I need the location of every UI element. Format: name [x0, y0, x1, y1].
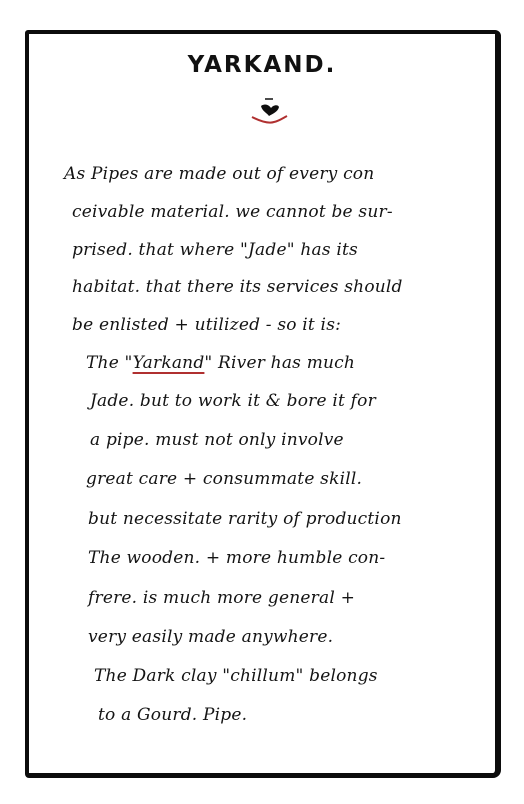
text-line: frere. is much more general +: [88, 588, 355, 608]
text-line: be enlisted + utilized - so it is:: [72, 315, 341, 335]
text-line: a pipe. must not only involve: [90, 430, 344, 450]
text-line: ceivable material. we cannot be sur-: [72, 202, 393, 222]
river-suffix: " River has much: [204, 353, 355, 373]
yarkand-underlined: Yarkand: [133, 353, 205, 373]
text-line: but necessitate rarity of production: [88, 509, 402, 529]
text-line: to a Gourd. Pipe.: [98, 705, 247, 725]
text-line: The wooden. + more humble con-: [88, 548, 385, 568]
text-line: great care + consummate skill.: [86, 469, 362, 489]
text-line-river: The "Yarkand" River has much: [86, 353, 355, 373]
text-line: prised. that where "Jade" has its: [72, 240, 358, 260]
text-line: Jade. but to work it & bore it for: [90, 391, 376, 411]
river-prefix: The ": [86, 353, 133, 373]
text-line: As Pipes are made out of every con: [64, 164, 374, 184]
text-line: habitat. that there its services should: [72, 277, 403, 297]
text-line: very easily made anywhere.: [88, 627, 333, 647]
text-line: The Dark clay "chillum" belongs: [94, 666, 378, 686]
body-text: As Pipes are made out of every con ceiva…: [0, 0, 524, 804]
